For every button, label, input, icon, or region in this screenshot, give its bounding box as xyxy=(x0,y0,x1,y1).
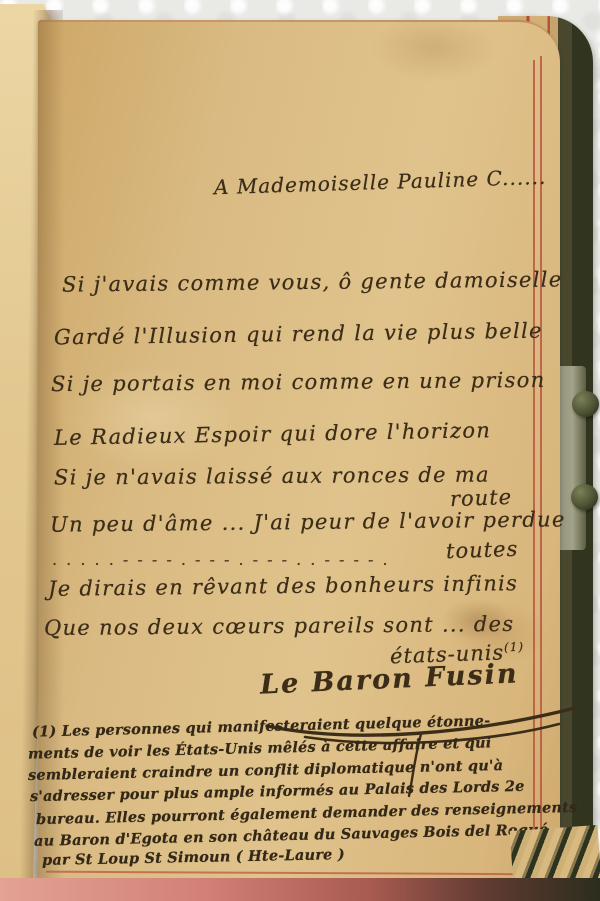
poem-line: Que nos deux cœurs pareils sont ... des xyxy=(44,612,515,640)
book-photo: A Mademoiselle Pauline C...... Si j'avai… xyxy=(0,0,600,901)
poem-line: Je dirais en rêvant des bonheurs infinis xyxy=(48,571,518,601)
dedication-line: A Mademoiselle Pauline C...... xyxy=(214,165,547,199)
ellipsis-separator: . . . . . - - - - . - - - . - - - . . - … xyxy=(52,550,390,569)
cover-bottom-edge xyxy=(0,878,600,901)
poem-line: Si je portais en moi comme en une prison xyxy=(51,368,546,396)
poem-line: Le Radieux Espoir qui dore l'horizon xyxy=(54,418,492,450)
red-bottom-rule xyxy=(46,871,551,876)
clasp-stud-bottom xyxy=(571,484,598,510)
poem-line: Si j'avais comme vous, ô gente damoisell… xyxy=(62,267,563,296)
manuscript-page: A Mademoiselle Pauline C...... Si j'avai… xyxy=(38,20,560,882)
footnote-line: par St Loup St Simoun ( Hte-Laure ) xyxy=(42,846,345,869)
poem-line: Un peu d'âme ... J'ai peur de l'avoir pe… xyxy=(50,507,566,536)
poem-wrap-word: toutes xyxy=(446,537,519,564)
poem-line: Si je n'avais laissé aux ronces de ma xyxy=(54,462,490,489)
footnote-reference: (1) xyxy=(504,640,524,655)
poem-line: Gardé l'Illusion qui rend la vie plus be… xyxy=(54,319,543,350)
clasp-stud-top xyxy=(572,391,599,417)
signature: Le Baron Fusin xyxy=(259,658,519,700)
